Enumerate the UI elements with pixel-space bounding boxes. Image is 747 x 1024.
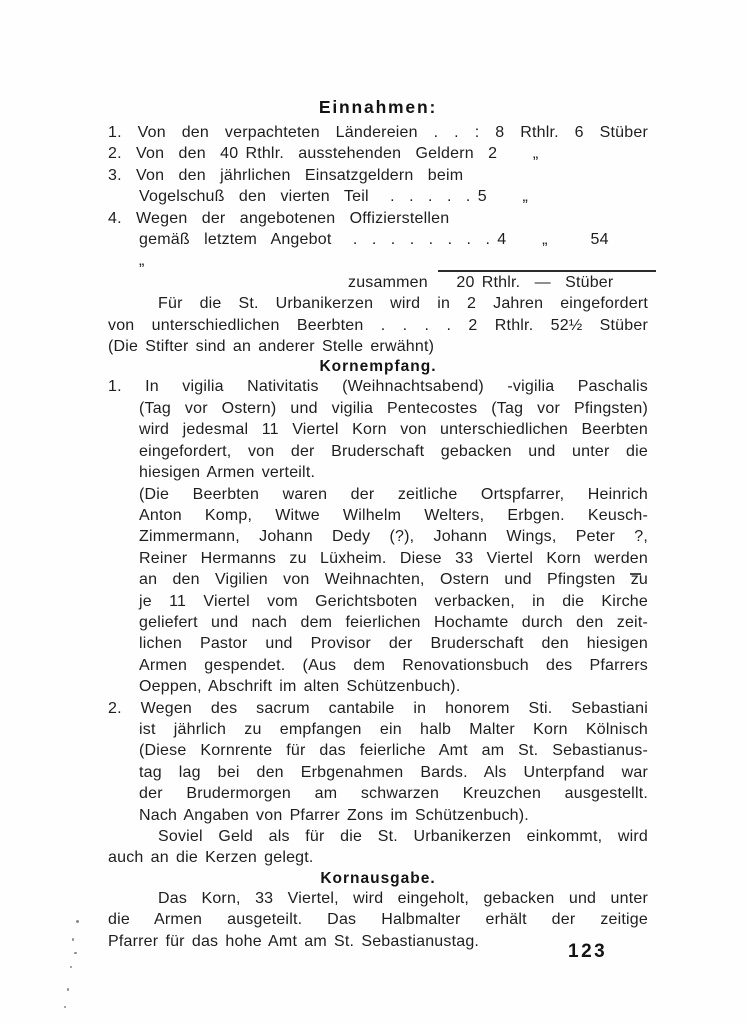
- text-line: Soviel Geld als für die St. Urbanikerzen…: [108, 826, 648, 847]
- text-line: hiesigen Armen verteilt.: [108, 462, 648, 483]
- kornausgabe-section: Das Korn, 33 Viertel, wird eingeholt, ge…: [108, 888, 648, 952]
- section-heading-einnahmen: Einnahmen:: [108, 97, 648, 117]
- text-line: Armen gespendet. (Aus dem Renovationsbuc…: [108, 655, 648, 676]
- text-line: Anton Komp, Witwe Wilhelm Welters, Erbge…: [108, 505, 648, 526]
- text-line: 3. Von den jährlichen Einsatzgeldern bei…: [108, 165, 648, 186]
- section-heading-kornempfang: Kornempfang.: [108, 357, 648, 376]
- text-line: Nach Angaben von Pfarrer Zons im Schütze…: [108, 805, 648, 826]
- ink-speckle: [72, 938, 74, 941]
- einnahmen-section: 1. Von den verpachteten Ländereien . . :…: [108, 122, 648, 357]
- text-line: ist jährlich zu empfangen ein halb Malte…: [108, 719, 648, 740]
- text-line: Reiner Hermanns zu Lüxheim. Diese 33 Vie…: [108, 548, 648, 569]
- margin-dash: [630, 573, 641, 575]
- ink-speckle: [64, 1006, 66, 1008]
- kornempfang-section: 1. In vigilia Nativitatis (Weihnachtsabe…: [108, 376, 648, 868]
- text-line: (Die Beerbten waren der zeitliche Ortspf…: [108, 484, 648, 505]
- text-line: tag lag bei den Erbgenahmen Bards. Als U…: [108, 762, 648, 783]
- text-line: Das Korn, 33 Viertel, wird eingeholt, ge…: [108, 888, 648, 909]
- section-heading-kornausgabe: Kornausgabe.: [108, 869, 648, 888]
- text-line: Pfarrer für das hohe Amt am St. Sebastia…: [108, 931, 648, 952]
- text-line: 2. Wegen des sacrum cantabile in honorem…: [108, 698, 648, 719]
- text-line: 1. In vigilia Nativitatis (Weihnachtsabe…: [108, 376, 648, 397]
- text-line: von unterschiedlichen Beerbten . . . . 2…: [108, 315, 648, 336]
- text-line: lichen Pastor und Provisor der Brudersch…: [108, 633, 648, 654]
- text-line: je 11 Viertel vom Gerichtsboten verbacke…: [108, 591, 648, 612]
- text-line: geliefert und nach dem feierlichen Hocha…: [108, 612, 648, 633]
- text-line: die Armen ausgeteilt. Das Halbmalter erh…: [108, 909, 648, 930]
- text-line: eingefordert, von der Bruderschaft gebac…: [108, 441, 648, 462]
- text-line: zusammen 20 Rthlr. — Stüber: [108, 272, 648, 293]
- ink-speckle: [67, 988, 69, 991]
- text-line: (Tag vor Ostern) und vigilia Pentecostes…: [108, 398, 648, 419]
- ink-speckle: [70, 966, 72, 968]
- text-line: wird jedesmal 11 Viertel Korn von unters…: [108, 419, 648, 440]
- text-line: (Diese Kornrente für das feierliche Amt …: [108, 740, 648, 761]
- text-line: (Die Stifter sind an anderer Stelle erwä…: [108, 336, 648, 357]
- text-line: 2. Von den 40 Rthlr. ausstehenden Gelder…: [108, 143, 648, 164]
- text-line: auch an die Kerzen gelegt.: [108, 847, 648, 868]
- ink-speckle: [76, 920, 79, 923]
- ink-speckle: [74, 952, 77, 954]
- text-line: gemäß letztem Angebot . . . . . . . . 4 …: [108, 229, 648, 272]
- text-line: Zimmermann, Johann Dedy (?), Johann Wing…: [108, 526, 648, 547]
- page-number: 123: [568, 941, 607, 963]
- page-content: Einnahmen: 1. Von den verpachteten Lände…: [108, 97, 648, 952]
- text-line: an den Vigilien von Weihnachten, Ostern …: [108, 569, 648, 590]
- text-line: 4. Wegen der angebotenen Offizierstellen: [108, 208, 648, 229]
- text-line: Oeppen, Abschrift im alten Schützenbuch)…: [108, 676, 648, 697]
- text-line: der Brudermorgen am schwarzen Kreuzchen …: [108, 783, 648, 804]
- document-page: Einnahmen: 1. Von den verpachteten Lände…: [0, 0, 747, 1024]
- text-line: Vogelschuß den vierten Teil . . . . . 5 …: [108, 186, 648, 207]
- text-line: 1. Von den verpachteten Ländereien . . :…: [108, 122, 648, 143]
- text-line: Für die St. Urbanikerzen wird in 2 Jahre…: [108, 293, 648, 314]
